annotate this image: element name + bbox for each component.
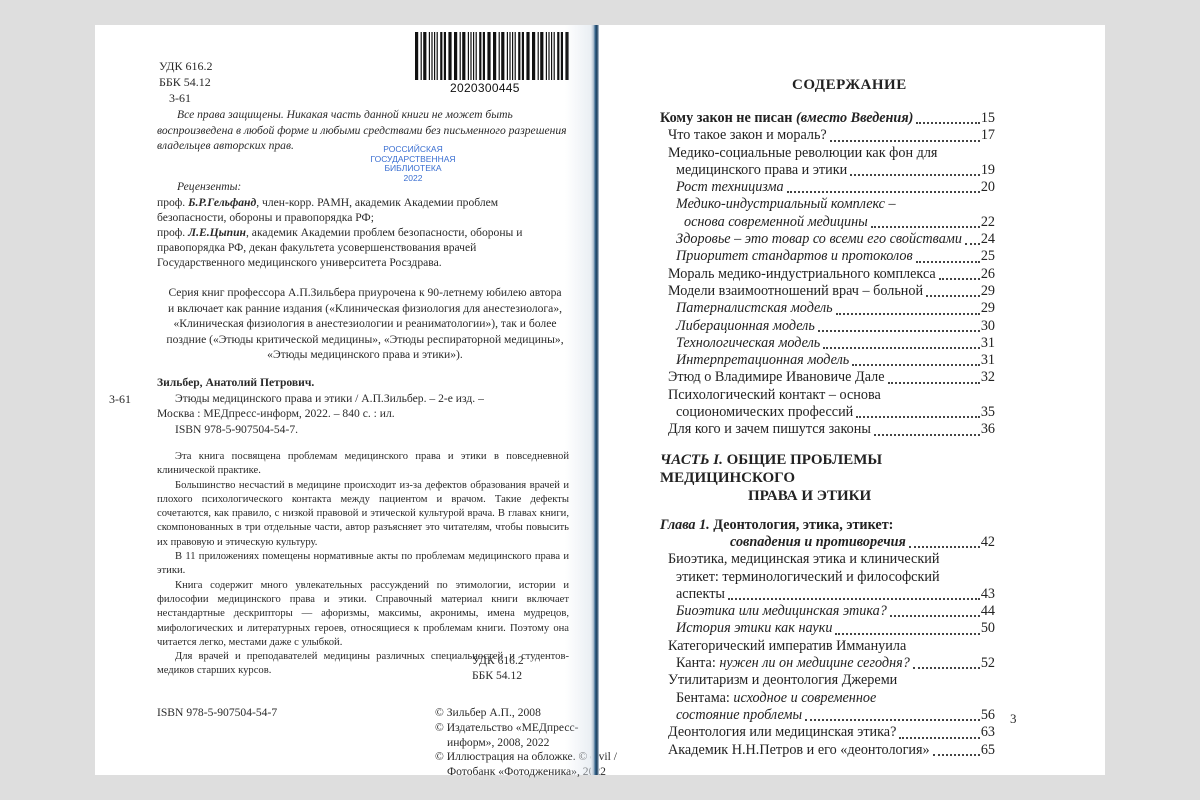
toc-entry[interactable]: Либерационная модель30 — [660, 318, 995, 335]
toc-entry-title: Приоритет стандартов и протоколов — [676, 248, 913, 265]
toc-entry-title: Рост техницизма — [676, 179, 784, 196]
toc-entry[interactable]: Патерналистская модель29 — [660, 300, 995, 317]
barcode-icon — [413, 32, 571, 80]
dot-leader — [835, 633, 979, 635]
bib-author: Зильбер, Анатолий Петрович. — [157, 375, 567, 391]
toc-entry[interactable]: Утилитаризм и деонтология ДжеремиБентама… — [660, 672, 995, 724]
toc-page-number: 52 — [981, 655, 995, 672]
toc-entry-title: Этюд о Владимире Ивановиче Дале — [668, 369, 885, 386]
toc-page-number: 36 — [981, 421, 995, 438]
toc-entry[interactable]: Рост техницизма20 — [660, 179, 995, 196]
table-of-contents: Кому закон не писан (вместо Введения)15Ч… — [660, 110, 995, 759]
toc-entry[interactable]: Что такое закон и мораль?17 — [660, 127, 995, 144]
dot-leader — [874, 434, 980, 436]
toc-entry[interactable]: Психологический контакт – основасоционом… — [660, 387, 995, 422]
toc-page-number: 32 — [981, 369, 995, 386]
dot-leader — [890, 615, 980, 617]
dot-leader — [913, 667, 980, 669]
book-spine — [591, 25, 599, 775]
toc-entry[interactable]: История этики как науки50 — [660, 620, 995, 637]
dot-leader — [965, 243, 980, 245]
toc-page-number: 20 — [981, 179, 995, 196]
isbn: ISBN 978-5-907504-54-7 — [157, 706, 277, 719]
dot-leader — [852, 364, 980, 366]
barcode-number: 2020300445 — [450, 81, 520, 95]
toc-entry-title: Либерационная модель — [676, 318, 815, 335]
toc-entry-title: Интерпретационная модель — [676, 352, 849, 369]
toc-page-number: 29 — [981, 283, 995, 300]
toc-entry-line: Категорический императив Иммануила — [660, 638, 995, 655]
dot-leader — [830, 140, 980, 142]
contents-title: СОДЕРЖАНИЕ — [792, 77, 907, 94]
toc-entry-title: Патерналистская модель — [676, 300, 833, 317]
toc-page-number: 30 — [981, 318, 995, 335]
toc-entry-title: Биоэтика или медицинская этика? — [676, 603, 887, 620]
toc-page-number: 31 — [981, 352, 995, 369]
reviewer-prefix: проф. — [157, 226, 188, 239]
toc-entry-title: совпадения и противоречия — [730, 534, 906, 551]
spine-shadow — [565, 25, 591, 775]
toc-entry[interactable]: совпадения и противоречия42 — [660, 534, 995, 551]
toc-entry-title: Академик Н.Н.Петров и его «деонтология» — [668, 742, 930, 759]
toc-entry-title: Деонтология или медицинская этика? — [668, 724, 896, 741]
toc-entry[interactable]: Модели взаимоотношений врач – больной29 — [660, 283, 995, 300]
book-spread: УДК 616.2 ББК 54.12 3-61 2020300445 Все … — [95, 25, 1105, 775]
toc-page-number: 26 — [981, 266, 995, 283]
dot-leader — [899, 737, 979, 739]
reviewer-name: Б.Р.Гельфанд — [188, 196, 256, 209]
dot-leader — [823, 347, 980, 349]
dot-leader — [939, 278, 980, 280]
left-page-imprint: УДК 616.2 ББК 54.12 3-61 2020300445 Все … — [95, 25, 591, 775]
series-note: Серия книг профессора А.П.Зильбера приур… — [165, 285, 565, 363]
toc-page-number: 50 — [981, 620, 995, 637]
dot-leader — [836, 313, 980, 315]
toc-page-number: 44 — [981, 603, 995, 620]
reviewers-list: проф. Б.Р.Гельфанд, член-корр. РАМН, ака… — [157, 195, 567, 270]
annotation-paragraph: Книга содержит много увлекательных рассу… — [157, 579, 569, 650]
dot-leader — [850, 174, 980, 176]
toc-page-number: 19 — [981, 162, 995, 179]
udk-code: УДК 616.2 — [472, 653, 524, 668]
toc-entry-title: Канта: нужен ли он медицине сегодня? — [676, 655, 910, 672]
bbk-code: ББК 54.12 — [159, 74, 212, 90]
toc-page-number: 35 — [981, 404, 995, 421]
toc-entry-title: аспекты — [676, 586, 725, 603]
toc-entry-line: Психологический контакт – основа — [660, 387, 995, 404]
stamp-line: 2022 — [358, 174, 468, 184]
toc-entry[interactable]: Здоровье – это товар со всеми его свойст… — [660, 231, 995, 248]
toc-page-number: 29 — [981, 300, 995, 317]
dot-leader — [818, 330, 980, 332]
dot-leader — [856, 416, 980, 418]
annotation: Эта книга посвящена проблемам медицинско… — [157, 450, 569, 679]
toc-entry[interactable]: Биоэтика, медицинская этика и клинически… — [660, 551, 995, 603]
toc-entry-line: Медико-социальные революции как фон для — [660, 145, 995, 162]
dot-leader — [926, 295, 980, 297]
bib-author-mark: 3-61 — [109, 392, 131, 407]
dot-leader — [787, 191, 980, 193]
toc-page-number: 15 — [981, 110, 995, 127]
dot-leader — [728, 598, 980, 600]
reviewer: проф. Л.Е.Цыпин, академик Академии пробл… — [157, 225, 567, 270]
toc-entry[interactable]: Медико-индустриальный комплекс –основа с… — [660, 196, 995, 231]
part-heading[interactable]: ЧАСТЬ I. ОБЩИЕ ПРОБЛЕМЫ МЕДИЦИНСКОГОПРАВ… — [660, 451, 995, 505]
chapter-heading[interactable]: Глава 1. Деонтология, этика, этикет: — [660, 517, 995, 534]
reviewers-label: Рецензенты: — [177, 180, 241, 193]
bib-imprint: Москва : МЕДпресс-информ, 2022. – 840 с.… — [157, 406, 567, 422]
dot-leader — [805, 719, 980, 721]
toc-entry-line: Утилитаризм и деонтология Джереми — [660, 672, 995, 689]
bbk-code: ББК 54.12 — [472, 668, 524, 683]
toc-page-number: 63 — [981, 724, 995, 741]
annotation-paragraph: Эта книга посвящена проблемам медицинско… — [157, 450, 569, 479]
toc-entry-title: Мораль медико-индустриального комплекса — [668, 266, 936, 283]
toc-entry[interactable]: Этюд о Владимире Ивановиче Дале32 — [660, 369, 995, 386]
toc-entry-title: Что такое закон и мораль? — [668, 127, 827, 144]
dot-leader — [916, 122, 979, 124]
annotation-paragraph: Большинство несчастий в медицине происхо… — [157, 479, 569, 550]
dot-leader — [916, 261, 980, 263]
toc-page-number: 31 — [981, 335, 995, 352]
toc-entry-title: социономических профессий — [676, 404, 853, 421]
toc-entry-title: Здоровье – это товар со всеми его свойст… — [676, 231, 962, 248]
toc-page-number: 17 — [981, 127, 995, 144]
udk-bbk-top: УДК 616.2 ББК 54.12 3-61 — [159, 58, 212, 106]
part-heading-line: ПРАВА И ЭТИКИ — [660, 487, 995, 505]
toc-entry-title: Кому закон не писан (вместо Введения) — [660, 110, 913, 127]
toc-entry[interactable]: Интерпретационная модель31 — [660, 352, 995, 369]
toc-entry[interactable]: Медико-социальные революции как фон длям… — [660, 145, 995, 180]
toc-entry-title: История этики как науки — [676, 620, 832, 637]
toc-entry-line: Медико-индустриальный комплекс – — [660, 196, 995, 213]
bib-title: Этюды медицинского права и этики / А.П.З… — [157, 391, 567, 407]
toc-page-number: 56 — [981, 707, 995, 724]
toc-entry[interactable]: Академик Н.Н.Петров и его «деонтология»6… — [660, 742, 995, 759]
dot-leader — [933, 754, 980, 756]
dot-leader — [909, 546, 980, 548]
toc-page-number: 42 — [981, 534, 995, 551]
toc-entry-title: Технологическая модель — [676, 335, 820, 352]
toc-entry-line: Биоэтика, медицинская этика и клинически… — [660, 551, 995, 568]
toc-entry[interactable]: Деонтология или медицинская этика?63 — [660, 724, 995, 741]
reviewer-prefix: проф. — [157, 196, 188, 209]
toc-page-number: 43 — [981, 586, 995, 603]
annotation-paragraph: В 11 приложениях помещены нормативные ак… — [157, 550, 569, 579]
toc-entry-title: Для кого и зачем пишутся законы — [668, 421, 871, 438]
part-heading-line: ЧАСТЬ I. ОБЩИЕ ПРОБЛЕМЫ МЕДИЦИНСКОГО — [660, 451, 995, 487]
toc-entry-line: этикет: терминологический и философский — [660, 569, 995, 586]
toc-entry-title: состояние проблемы — [676, 707, 802, 724]
bibliographic-record: Зильбер, Анатолий Петрович. Этюды медици… — [157, 375, 567, 437]
toc-page-number: 22 — [981, 214, 995, 231]
toc-entry-title: Модели взаимоотношений врач – больной — [668, 283, 923, 300]
bib-isbn: ISBN 978-5-907504-54-7. — [157, 422, 567, 438]
right-page-contents: СОДЕРЖАНИЕ Кому закон не писан (вместо В… — [599, 25, 1105, 775]
toc-entry[interactable]: Мораль медико-индустриального комплекса2… — [660, 266, 995, 283]
toc-entry[interactable]: Кому закон не писан (вместо Введения)15 — [660, 110, 995, 127]
toc-entry[interactable]: Приоритет стандартов и протоколов25 — [660, 248, 995, 265]
reviewer: проф. Б.Р.Гельфанд, член-корр. РАМН, ака… — [157, 195, 567, 225]
toc-page-number: 24 — [981, 231, 995, 248]
udk-bbk-bottom: УДК 616.2 ББК 54.12 — [472, 653, 524, 683]
toc-entry-line: Бентама: исходное и современное — [660, 690, 995, 707]
toc-entry[interactable]: Категорический императив ИммануилаКанта:… — [660, 638, 995, 673]
page-number: 3 — [1010, 711, 1017, 727]
toc-page-number: 25 — [981, 248, 995, 265]
toc-entry-title: медицинского права и этики — [676, 162, 847, 179]
toc-entry-title: основа современной медицины — [684, 214, 868, 231]
library-stamp: РОССИЙСКАЯ ГОСУДАРСТВЕННАЯ БИБЛИОТЕКА 20… — [358, 145, 468, 183]
reviewer-name: Л.Е.Цыпин — [188, 226, 246, 239]
dot-leader — [888, 382, 980, 384]
toc-entry[interactable]: Биоэтика или медицинская этика?44 — [660, 603, 995, 620]
udk-code: УДК 616.2 — [159, 58, 212, 74]
toc-page-number: 65 — [981, 742, 995, 759]
toc-entry[interactable]: Для кого и зачем пишутся законы36 — [660, 421, 995, 438]
author-mark: 3-61 — [159, 90, 212, 106]
dot-leader — [871, 226, 980, 228]
toc-entry[interactable]: Технологическая модель31 — [660, 335, 995, 352]
